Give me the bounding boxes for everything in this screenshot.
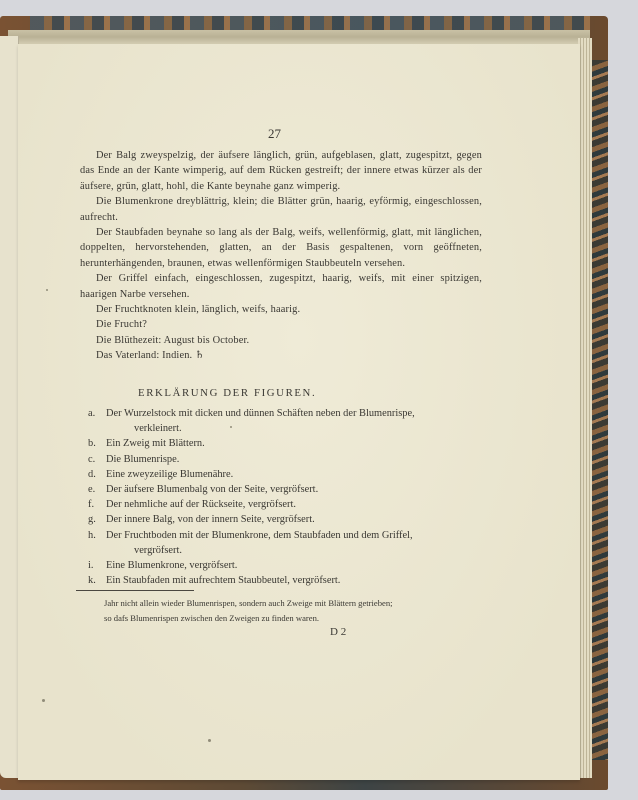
figure-text: Der innere Balg, von der innern Seite, v… (106, 512, 488, 527)
figure-letter: b. (88, 436, 106, 451)
paragraph-frucht: Die Frucht? (80, 317, 482, 332)
left-page-edge (0, 36, 19, 778)
paragraph-fruchtknoten: Der Fruchtknoten klein, länglich, weifs,… (80, 302, 482, 317)
figure-letter: e. (88, 482, 106, 497)
page-stack-right-edge (578, 38, 592, 778)
figure-text: Eine Blumenkrone, vergröfsert. (106, 558, 488, 573)
footnote-divider (76, 590, 194, 591)
figure-item: d. Eine zweyzeilige Blumenähre. (88, 467, 488, 482)
marbled-cover-right-edge (592, 60, 608, 760)
figure-letter: h. (88, 528, 106, 543)
figure-item: i. Eine Blumenkrone, vergröfsert. (88, 558, 488, 573)
figure-letter: g. (88, 512, 106, 527)
figure-text: Der Fruchtboden mit der Blumenkrone, dem… (106, 528, 488, 543)
figure-text-continued: verkleinert. (88, 421, 488, 436)
figure-text: Der äufsere Blumenbalg von der Seite, ve… (106, 482, 488, 497)
marbled-cover-top-edge (30, 16, 590, 30)
footnote: Jahr nicht allein wieder Blumenrispen, s… (104, 596, 484, 626)
figures-heading: ERKLÄRUNG DER FIGUREN. (138, 387, 438, 399)
paragraph-staubfaden: Der Staubfaden beynahe so lang als der B… (80, 225, 482, 271)
figure-letter: a. (88, 406, 106, 421)
paragraph-balg: Der Balg zweyspelzig, der äufsere längli… (80, 148, 482, 194)
figure-text: Ein Zweig mit Blättern. (106, 436, 488, 451)
figure-text: Eine zweyzeilige Blumenähre. (106, 467, 488, 482)
figure-text-continued: vergröfsert. (88, 543, 488, 558)
figure-item: b. Ein Zweig mit Blättern. (88, 436, 488, 451)
figure-letter: k. (88, 573, 106, 588)
paragraph-griffel: Der Griffel einfach, eingeschlossen, zug… (80, 271, 482, 302)
figure-text: Die Blumenrispe. (106, 452, 488, 467)
figures-list: a. Der Wurzelstock mit dicken und dünnen… (88, 406, 488, 588)
paper-foxing-spot (230, 426, 232, 428)
paragraph-blumenkrone: Die Blumenkrone dreyblättrig, klein; die… (80, 194, 482, 225)
figure-item: c. Die Blumenrispe. (88, 452, 488, 467)
paragraph-vaterland: Das Vaterland: Indien. ♄ (80, 348, 482, 363)
paper-foxing-spot (208, 739, 211, 742)
paper-foxing-spot (42, 699, 45, 702)
figure-text: Ein Staubfaden mit aufrechtem Staubbeute… (106, 573, 488, 588)
figure-letter: f. (88, 497, 106, 512)
figure-letter: c. (88, 452, 106, 467)
figure-letter: i. (88, 558, 106, 573)
figure-text: Der Wurzelstock mit dicken und dünnen Sc… (106, 406, 488, 421)
figure-item: g. Der innere Balg, von der innern Seite… (88, 512, 488, 527)
footnote-line: Jahr nicht allein wieder Blumenrispen, s… (104, 596, 484, 611)
paragraph-bluethezeit: Die Blüthezeit: August bis October. (80, 333, 482, 348)
footnote-line: so dafs Blumenrispen zwischen den Zweige… (104, 611, 484, 626)
book-page: 27 Der Balg zweyspelzig, der äufsere län… (18, 44, 580, 780)
figure-letter: d. (88, 467, 106, 482)
figure-text: Der nehmliche auf der Rückseite, vergröf… (106, 497, 488, 512)
signature-mark: D 2 (330, 626, 346, 638)
figure-item: k. Ein Staubfaden mit aufrechtem Staubbe… (88, 573, 488, 588)
figure-item: h. Der Fruchtboden mit der Blumenkrone, … (88, 528, 488, 543)
description-text: Der Balg zweyspelzig, der äufsere längli… (80, 148, 482, 364)
figure-item: f. Der nehmliche auf der Rückseite, verg… (88, 497, 488, 512)
figure-item: e. Der äufsere Blumenbalg von der Seite,… (88, 482, 488, 497)
figure-item: a. Der Wurzelstock mit dicken und dünnen… (88, 406, 488, 421)
paper-foxing-spot (46, 289, 48, 291)
page-number: 27 (268, 126, 281, 142)
page-stack-top-edge (8, 30, 590, 44)
